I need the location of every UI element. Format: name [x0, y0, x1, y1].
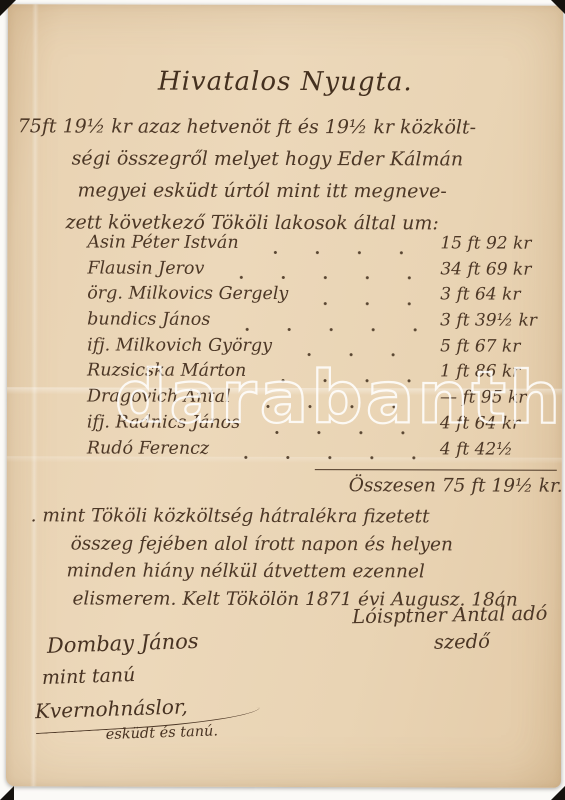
payer-amount: 4 ft 64 kr — [440, 413, 552, 433]
payer-amount: 5 ft 67 kr — [440, 336, 552, 356]
payer-row: Flausin Jerov 34 ft 69 kr — [87, 258, 552, 285]
payer-amount: 1 ft 86 kr — [440, 362, 552, 382]
payer-name: ifj. Milkovich György — [87, 335, 272, 355]
dot-leader — [214, 270, 430, 285]
payer-row: Rudó Ferencz 4 ft 42½ — [87, 438, 552, 465]
receipt-paper: Hivatalos Nyugta. 75ft 19½ kr azaz hetve… — [6, 4, 563, 787]
scanned-receipt-photo: Hivatalos Nyugta. 75ft 19½ kr azaz hetve… — [0, 0, 565, 800]
payer-name: ifj. Radnics János — [87, 412, 240, 432]
payer-row: ifj. Milkovich György 5 ft 67 kr — [87, 335, 552, 362]
payer-amount: 3 ft 64 kr — [440, 285, 552, 305]
intro-line: megyei esküdt úrtól mint itt megneve- — [17, 174, 565, 207]
payer-name: Asin Péter István — [87, 232, 238, 252]
signature-name: Lóisptner Antal adó — [352, 600, 548, 631]
photo-corner-mark — [0, 786, 14, 800]
signature-tax-collector: Lóisptner Antal adó szedő — [352, 600, 548, 658]
total-line: Összesen 75 ft 19½ kr. — [315, 469, 557, 497]
closing-paragraph: . mint Tököli közköltség hátralékra fize… — [24, 502, 559, 613]
dot-leader — [298, 296, 430, 310]
witness-signatures: Dombay János mint tanú Kvernohnáslor, es… — [33, 627, 261, 745]
payer-amount: 3 ft 39½ kr — [440, 310, 552, 330]
signature-role: szedő — [352, 627, 548, 658]
payer-list: Asin Péter István 15 ft 92 kr Flausin Je… — [87, 232, 553, 464]
dot-leader — [241, 399, 430, 413]
payer-amount: 15 ft 92 kr — [440, 233, 552, 253]
closing-line: összeg fejében alol írott napon és helye… — [25, 530, 560, 559]
payer-name: Ruzsicska Márton — [87, 361, 246, 381]
payer-name: Flausin Jerov — [87, 258, 204, 278]
photo-corner-mark — [0, 0, 16, 16]
intro-line: 75ft 19½ kr azaz hetvenöt ft és 19½ kr k… — [18, 110, 565, 143]
payer-row: bundics János 3 ft 39½ kr — [87, 310, 552, 337]
payer-name: bundics János — [87, 310, 210, 330]
dot-leader — [249, 245, 431, 259]
payer-name: Rudó Ferencz — [87, 438, 209, 458]
payer-amount: 34 ft 69 kr — [440, 259, 552, 279]
payer-name: Dragovich Antal — [87, 387, 231, 407]
dot-leader — [219, 450, 430, 465]
document-title: Hivatalos Nyugta. — [8, 66, 563, 97]
dot-leader — [220, 322, 430, 337]
payer-row: örg. Milkovics Gergely 3 ft 64 kr — [87, 284, 552, 311]
payer-amount: — ft 95 kr — [440, 388, 552, 408]
closing-line: . mint Tököli közköltség hátralékra fize… — [25, 502, 560, 531]
photo-corner-mark — [551, 786, 565, 800]
payer-amount: 4 ft 42½ — [440, 439, 552, 459]
payer-row: Dragovich Antal — ft 95 kr — [87, 387, 552, 414]
dot-leader — [256, 373, 430, 387]
intro-line: ségi összegről melyet hogy Eder Kálmán — [18, 142, 565, 175]
payer-row: Ruzsicska Márton 1 ft 86 kr — [87, 361, 552, 388]
payer-name: örg. Milkovics Gergely — [87, 284, 288, 305]
intro-paragraph: 75ft 19½ kr azaz hetvenöt ft és 19½ kr k… — [17, 110, 565, 239]
closing-line: minden hiány nélkül átvettem ezennel — [25, 557, 560, 586]
signature-name: Dombay János — [33, 627, 259, 658]
payer-row: Asin Péter István 15 ft 92 kr — [87, 232, 552, 259]
signature-role: mint tanú — [34, 660, 260, 689]
dot-leader — [250, 424, 430, 438]
photo-corner-mark — [551, 0, 565, 14]
payer-row: ifj. Radnics János 4 ft 64 kr — [87, 412, 552, 439]
dot-leader — [282, 347, 430, 361]
